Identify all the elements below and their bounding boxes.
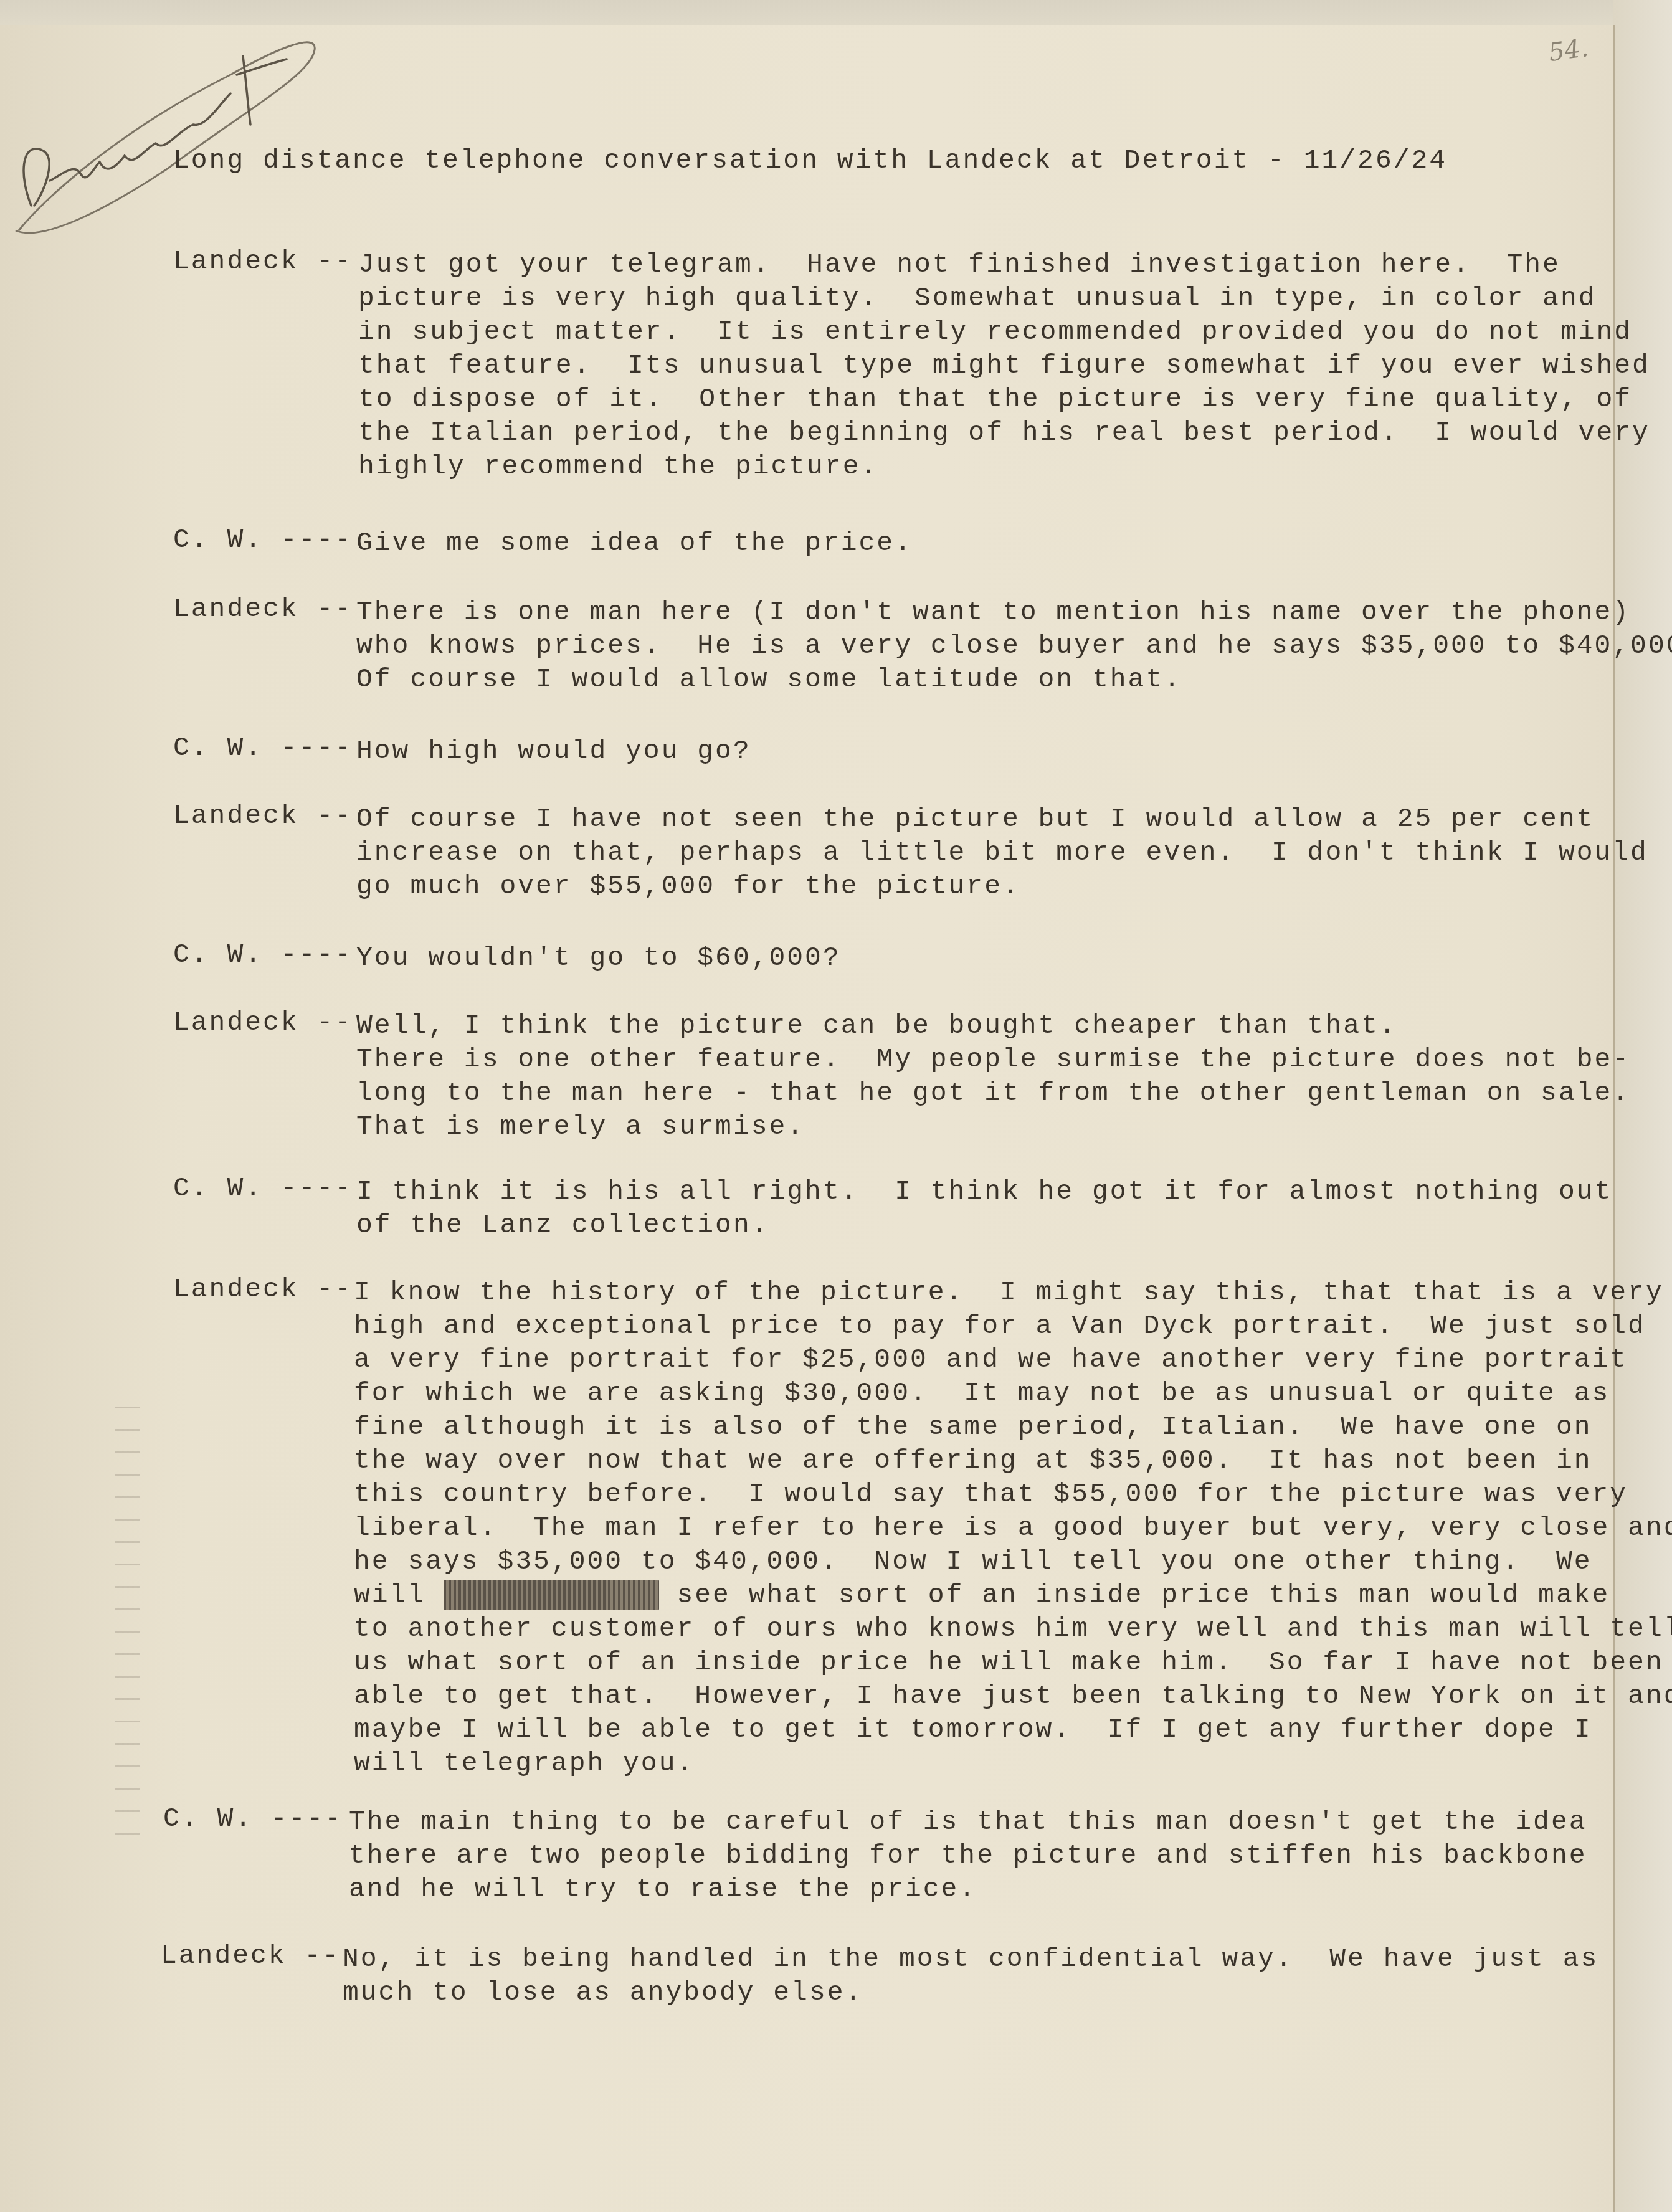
- text-line: fine although it is also of the same per…: [354, 1410, 1672, 1444]
- text-line: I know the history of the picture. I mig…: [354, 1276, 1672, 1309]
- text-line: Give me some idea of the price.: [356, 526, 913, 560]
- text-line: and he will try to raise the price.: [349, 1873, 1587, 1906]
- text-line: will telegraph you.: [354, 1747, 1672, 1780]
- text-line: No, it is being handled in the most conf…: [343, 1942, 1598, 1976]
- text-line: maybe I will be able to get it tomorrow.…: [354, 1713, 1672, 1747]
- text-line: picture is very high quality. Somewhat u…: [358, 282, 1650, 315]
- speaker-label: Landeck --: [173, 246, 353, 277]
- speech-text: Just got your telegram. Have not finishe…: [358, 248, 1650, 483]
- handwritten-annotation-reinhardt: Reinhardt: [6, 19, 330, 243]
- text-line: Just got your telegram. Have not finishe…: [358, 248, 1650, 282]
- speaker-label: C. W. ----: [173, 1173, 353, 1203]
- text-line: a very fine portrait for $25,000 and we …: [354, 1343, 1672, 1377]
- binder-holes-marks: [115, 1395, 140, 1844]
- speech-text: Of course I have not seen the picture bu…: [356, 802, 1648, 903]
- speech-text: No, it is being handled in the most conf…: [343, 1942, 1598, 2010]
- text-line: I think it is his all right. I think he …: [356, 1175, 1612, 1208]
- speech-text: You wouldn't go to $60,000?: [356, 941, 841, 975]
- speech-text: I think it is his all right. I think he …: [356, 1175, 1612, 1242]
- text-line: this country before. I would say that $5…: [354, 1478, 1672, 1511]
- speaker-label: C. W. ----: [173, 733, 353, 763]
- text-line: able to get that. However, I have just b…: [354, 1679, 1672, 1713]
- text-line: Of course I would allow some latitude on…: [356, 663, 1672, 696]
- speaker-label: Landeck --: [161, 1940, 340, 1971]
- speech-text: The main thing to be careful of is that …: [349, 1805, 1587, 1906]
- text-line: high and exceptional price to pay for a …: [354, 1309, 1672, 1343]
- speaker-label: C. W. ----: [173, 525, 353, 555]
- text-line: in subject matter. It is entirely recomm…: [358, 315, 1650, 349]
- text-line: How high would you go?: [356, 734, 751, 768]
- text-line: You wouldn't go to $60,000?: [356, 941, 841, 975]
- text-line: There is one man here (I don't want to m…: [356, 596, 1672, 629]
- speech-text: I know the history of the picture. I mig…: [354, 1276, 1672, 1780]
- text-line: us what sort of an inside price he will …: [354, 1646, 1672, 1679]
- text-line: for which we are asking $30,000. It may …: [354, 1377, 1672, 1410]
- text-line: highly recommend the picture.: [358, 450, 1650, 483]
- text-line: go much over $55,000 for the picture.: [356, 870, 1648, 903]
- text-line: to dispose of it. Other than that the pi…: [358, 382, 1650, 416]
- text-fragment: will: [354, 1580, 444, 1610]
- document-title: Long distance telephone conversation wit…: [173, 145, 1447, 176]
- speaker-label: Landeck --: [173, 594, 353, 624]
- text-line: increase on that, perhaps a little bit m…: [356, 836, 1648, 870]
- text-line: the way over now that we are offering at…: [354, 1444, 1672, 1478]
- text-line: The main thing to be careful of is that …: [349, 1805, 1587, 1839]
- text-line: Well, I think the picture can be bought …: [356, 1009, 1630, 1043]
- text-line: he says $35,000 to $40,000. Now I will t…: [354, 1545, 1672, 1578]
- text-line: there are two people bidding for the pic…: [349, 1839, 1587, 1873]
- page-number: 54.: [1547, 34, 1590, 67]
- speech-text: How high would you go?: [356, 734, 751, 768]
- text-line: the Italian period, the beginning of his…: [358, 416, 1650, 450]
- text-line: much to lose as anybody else.: [343, 1976, 1598, 2010]
- speech-text: There is one man here (I don't want to m…: [356, 596, 1672, 696]
- struck-out-text: xxxxxxxxxxxx: [444, 1580, 659, 1610]
- speech-text: Give me some idea of the price.: [356, 526, 913, 560]
- text-line-with-strikeout: will xxxxxxxxxxxx see what sort of an in…: [354, 1578, 1672, 1612]
- text-line: long to the man here - that he got it fr…: [356, 1076, 1630, 1110]
- text-line: that feature. Its unusual type might fig…: [358, 349, 1650, 382]
- text-line: who knows prices. He is a very close buy…: [356, 629, 1672, 663]
- text-line: liberal. The man I refer to here is a go…: [354, 1511, 1672, 1545]
- text-fragment: see what sort of an inside price this ma…: [659, 1580, 1610, 1610]
- speaker-label: C. W. ----: [173, 939, 353, 970]
- speech-text: Well, I think the picture can be bought …: [356, 1009, 1630, 1144]
- text-line: There is one other feature. My people su…: [356, 1043, 1630, 1076]
- text-line: Of course I have not seen the picture bu…: [356, 802, 1648, 836]
- speaker-label: Landeck --: [173, 1274, 353, 1304]
- text-line: That is merely a surmise.: [356, 1110, 1630, 1144]
- speaker-label: Landeck --: [173, 1007, 353, 1038]
- text-line: to another customer of ours who knows hi…: [354, 1612, 1672, 1646]
- text-line: of the Lanz collection.: [356, 1208, 1612, 1242]
- speaker-label: C. W. ----: [163, 1803, 343, 1834]
- speaker-label: Landeck --: [173, 800, 353, 831]
